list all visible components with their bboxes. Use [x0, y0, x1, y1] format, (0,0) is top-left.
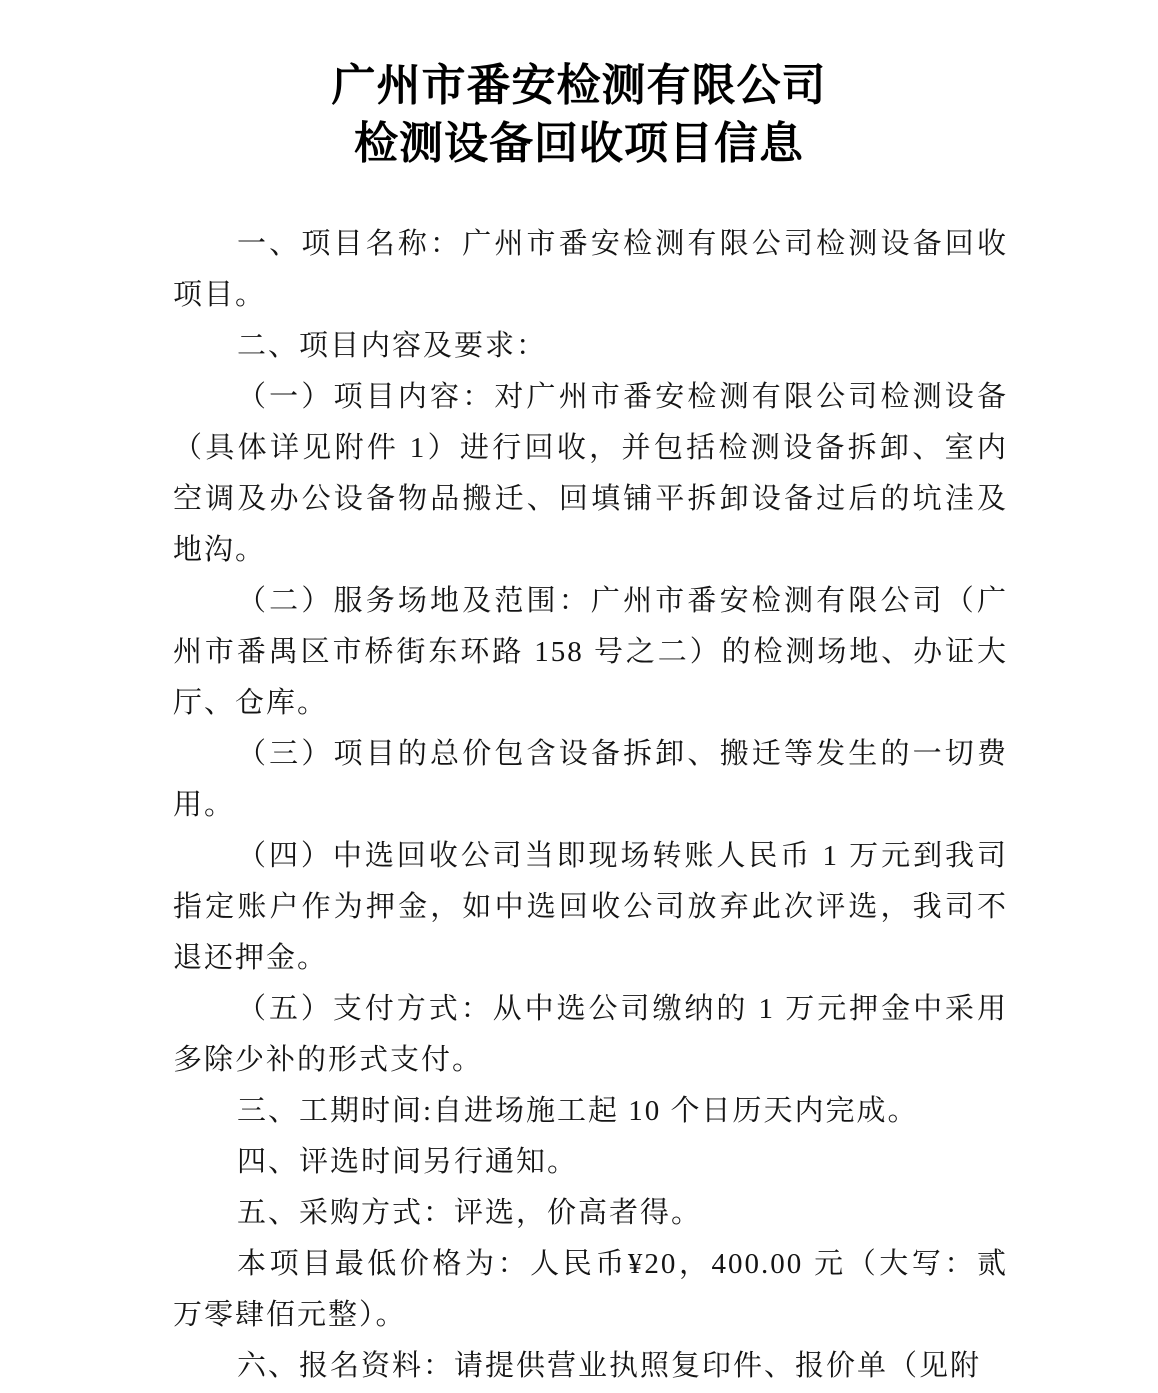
document-line: 四、评选时间另行通知。	[173, 1137, 1008, 1188]
document-page: 广州市番安检测有限公司 检测设备回收项目信息 一、项目名称：广州市番安检测有限公…	[0, 0, 1158, 1393]
document-line: 空调及办公设备物品搬迁、回填铺平拆卸设备过后的坑洼及	[173, 474, 1008, 525]
document-line: 多除少补的形式支付。	[173, 1035, 1008, 1086]
document-line: （二）服务场地及范围：广州市番安检测有限公司（广	[173, 576, 1008, 627]
document-line: （三）项目的总价包含设备拆卸、搬迁等发生的一切费	[173, 729, 1008, 780]
document-line: 厅、仓库。	[173, 678, 1008, 729]
document-line: 二、项目内容及要求：	[173, 321, 1008, 372]
document-line: 五、采购方式：评选，价高者得。	[173, 1188, 1008, 1239]
document-line: 本项目最低价格为：人民币¥20，400.00 元（大写：贰	[173, 1239, 1008, 1290]
document-line: 万零肆佰元整）。	[173, 1290, 1008, 1341]
document-body: 一、项目名称：广州市番安检测有限公司检测设备回收 项目。 二、项目内容及要求： …	[173, 219, 1008, 1392]
document-line: 州市番禺区市桥街东环路 158 号之二）的检测场地、办证大	[173, 627, 1008, 678]
document-line: 地沟。	[173, 525, 1008, 576]
document-line: 三、工期时间:自进场施工起 10 个日历天内完成。	[173, 1086, 1008, 1137]
document-line: 退还押金。	[173, 933, 1008, 984]
document-title-line-1: 广州市番安检测有限公司	[0, 57, 1158, 115]
document-line: （四）中选回收公司当即现场转账人民币 1 万元到我司	[173, 831, 1008, 882]
document-line: 项目。	[173, 270, 1008, 321]
document-line: （具体详见附件 1）进行回收，并包括检测设备拆卸、室内	[173, 423, 1008, 474]
document-line: （一）项目内容：对广州市番安检测有限公司检测设备	[173, 372, 1008, 423]
document-line: 指定账户作为押金，如中选回收公司放弃此次评选，我司不	[173, 882, 1008, 933]
document-line: （五）支付方式：从中选公司缴纳的 1 万元押金中采用	[173, 984, 1008, 1035]
document-title: 广州市番安检测有限公司 检测设备回收项目信息	[0, 57, 1158, 173]
document-title-line-2: 检测设备回收项目信息	[0, 115, 1158, 173]
document-line: 一、项目名称：广州市番安检测有限公司检测设备回收	[173, 219, 1008, 270]
document-line: 六、报名资料：请提供营业执照复印件、报价单（见附	[173, 1341, 1008, 1392]
document-line: 用。	[173, 780, 1008, 831]
